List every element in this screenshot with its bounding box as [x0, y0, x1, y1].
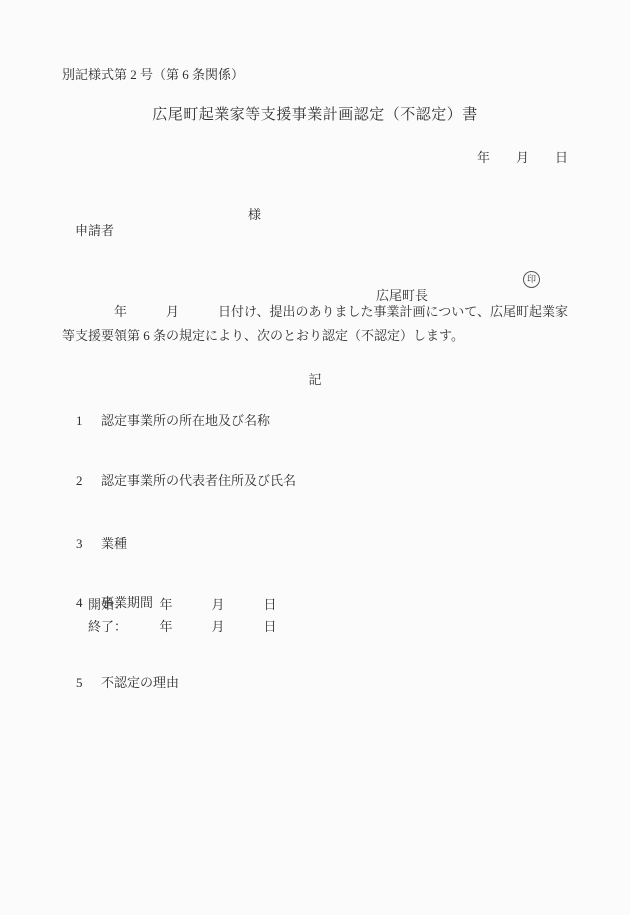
- item-label: 認定事業所の代表者住所及び氏名: [101, 473, 296, 488]
- page-title: 広尾町起業家等支援事業計画認定（不認定）書: [0, 106, 630, 125]
- body-paragraph-line-2: 等支援要領第 6 条の規定により、次のとおり認定（不認定）します。: [62, 328, 464, 344]
- applicant-honorific: 様: [248, 207, 261, 223]
- list-item-1: 1認定事業所の所在地及び名称: [63, 394, 270, 445]
- form-number-line: 別記様式第 2 号（第 6 条関係）: [62, 67, 244, 83]
- item-number: 2: [76, 473, 101, 489]
- list-item-3: 3業種: [63, 517, 127, 568]
- body-paragraph-line-1: 年 月 日付け、提出のありました事業計画について、広尾町起業家: [62, 304, 568, 320]
- applicant-label: 申請者: [75, 223, 114, 238]
- period-start-line: 開始： 年 月 日: [88, 597, 277, 613]
- list-item-5: 5不認定の理由: [63, 656, 179, 707]
- item-number: 1: [76, 413, 101, 429]
- applicant-line: 申請者 様: [62, 207, 114, 272]
- item-number: 3: [76, 536, 101, 552]
- seal-icon: 印: [523, 271, 540, 288]
- list-item-2: 2認定事業所の代表者住所及び氏名: [63, 454, 296, 505]
- item-label: 不認定の理由: [101, 675, 179, 690]
- document-page: 別記様式第 2 号（第 6 条関係） 広尾町起業家等支援事業計画認定（不認定）書…: [0, 0, 630, 915]
- item-label: 業種: [101, 536, 127, 551]
- item-label: 認定事業所の所在地及び名称: [101, 413, 270, 428]
- issuer-title: 広尾町長: [376, 288, 428, 303]
- date-placeholder-line: 年 月 日: [477, 150, 568, 166]
- period-end-line: 終了： 年 月 日: [88, 619, 277, 635]
- item-number: 5: [76, 675, 101, 691]
- record-heading: 記: [0, 372, 630, 388]
